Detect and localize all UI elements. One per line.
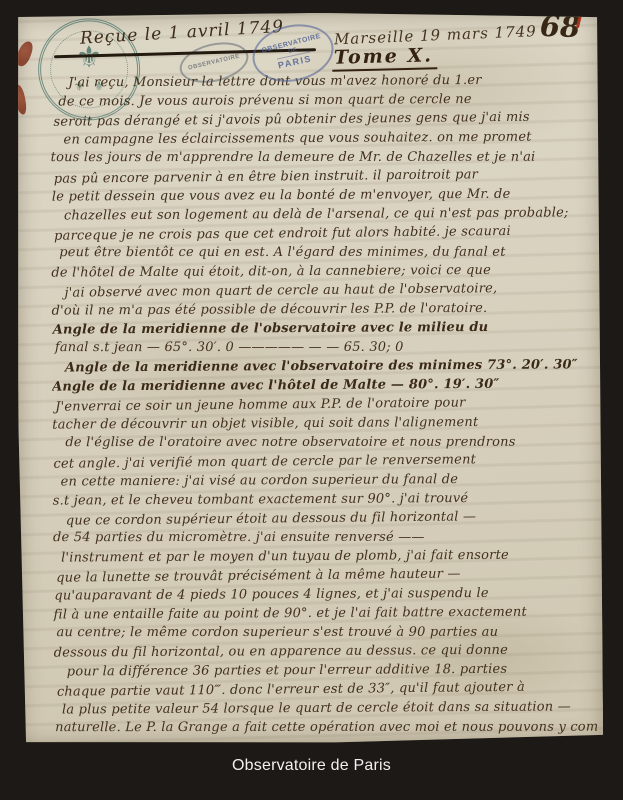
- folio-number: 68: [539, 9, 580, 44]
- stamp-text-line3: PARIS: [277, 51, 313, 70]
- manuscript-line: naturelle. Le P. la Grange a fait cette …: [55, 718, 597, 737]
- manuscript-line: Angle de la meridienne avec l'observatoi…: [65, 355, 595, 377]
- manuscript-line: au centre; le même cordon superieur s'es…: [57, 623, 597, 642]
- tome-label: Tome X.: [332, 44, 437, 71]
- red-wax-mark: [14, 39, 34, 68]
- red-tick-mark: [576, 11, 583, 28]
- received-note: Reçue le 1 avril 1749: [79, 17, 284, 49]
- letter-body: J'ai reçu, Monsieur la lettre dont vous …: [50, 70, 597, 741]
- manuscript-line: fanal s.t jean — 65°. 30′. 0 ————— — — 6…: [55, 338, 595, 357]
- manuscript-line: de 54 parties du micromètre. j'ai ensuit…: [53, 528, 596, 547]
- manuscript-photo: ⚜ ⚜⚜ OBSERVATOIRE OBSERVATOIRE DE PARIS …: [0, 0, 623, 800]
- stamp-text: OBSERVATOIRE: [188, 54, 241, 72]
- manuscript-line: fil à une entaille faite au point de 90°…: [53, 602, 596, 624]
- image-caption: Observatoire de Paris: [0, 757, 623, 775]
- red-wax-mark: [13, 84, 27, 115]
- manuscript-page: ⚜ ⚜⚜ OBSERVATOIRE OBSERVATOIRE DE PARIS …: [16, 11, 603, 746]
- manuscript-line: peut être bientôt ce qui en est. A l'éga…: [59, 243, 594, 262]
- manuscript-line: Angle de la meridienne de l'observatoire…: [53, 317, 595, 339]
